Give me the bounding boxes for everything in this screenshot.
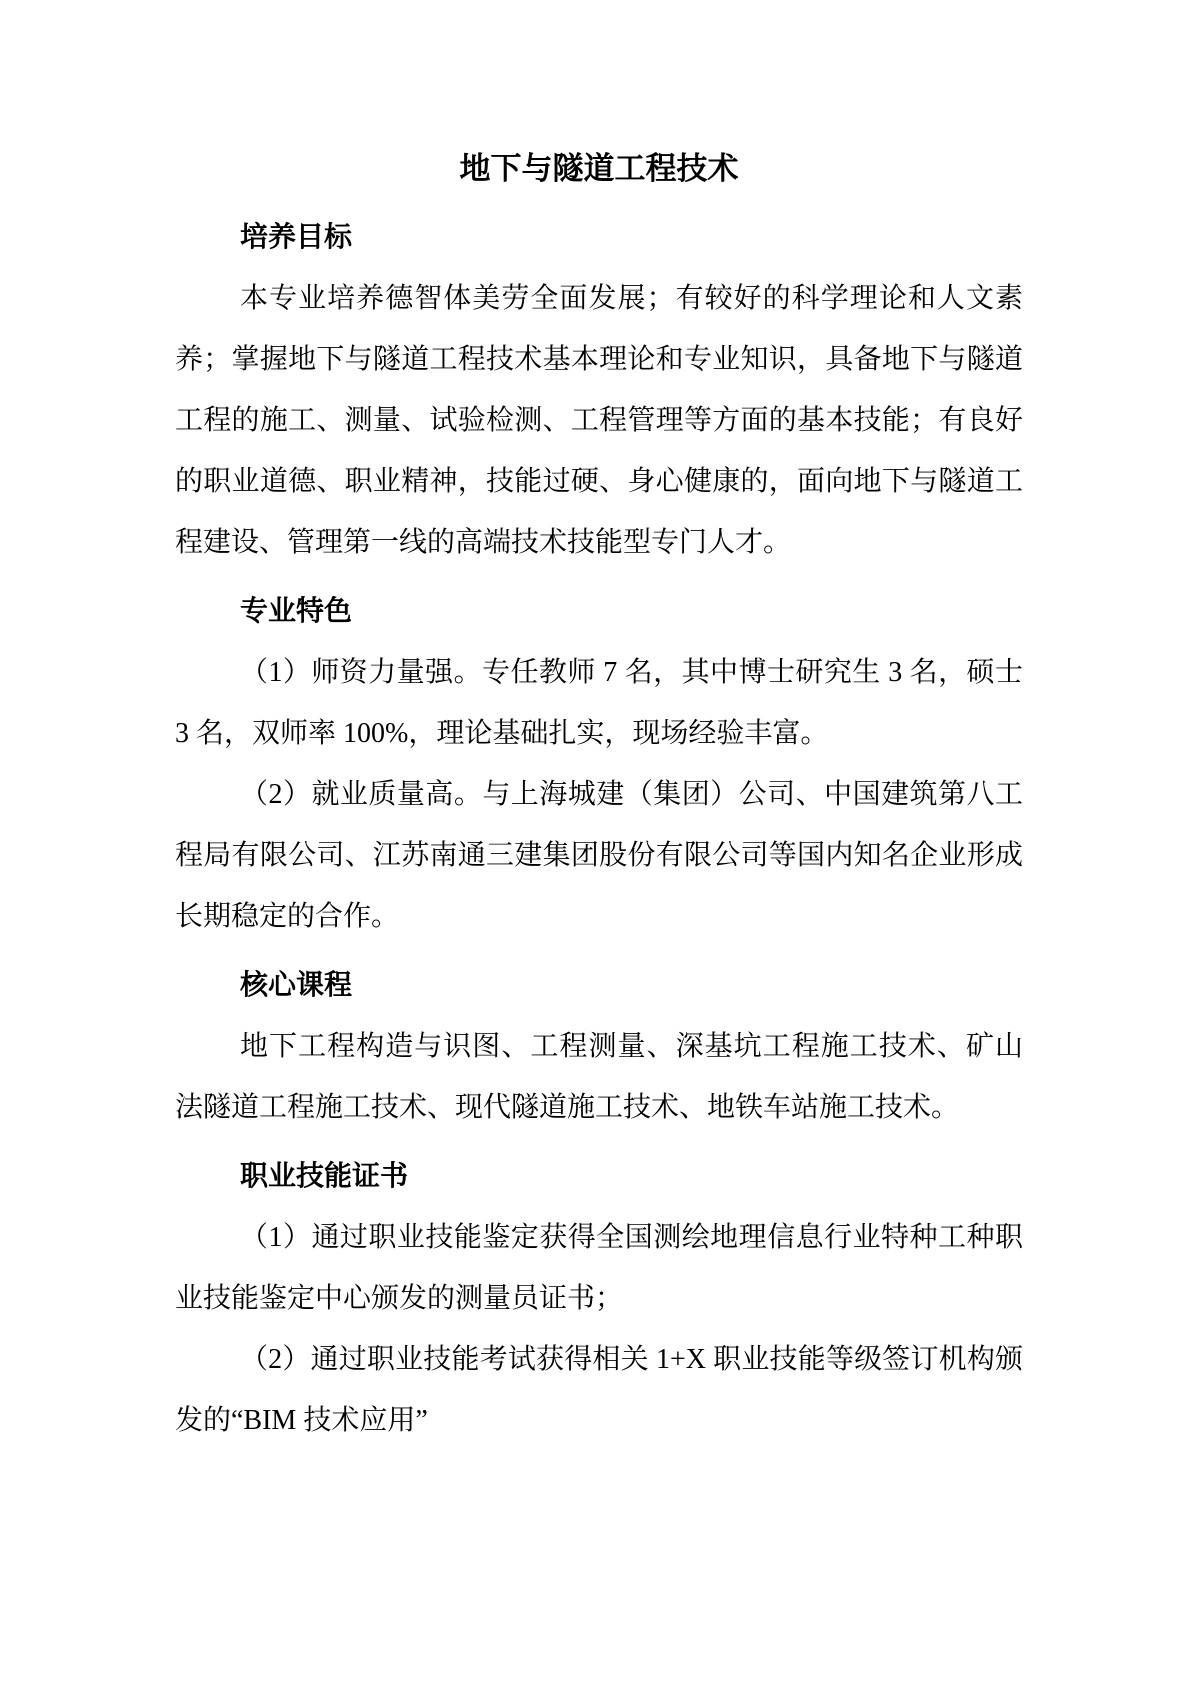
heading-vocational-certificates: 职业技能证书 <box>175 1146 1023 1207</box>
paragraph-employment-quality: （2）就业质量高。与上海城建（集团）公司、中国建筑第八工程局有限公司、江苏南通三… <box>175 764 1023 947</box>
paragraph-core-courses: 地下工程构造与识图、工程测量、深基坑工程施工技术、矿山法隧道工程施工技术、现代隧… <box>175 1016 1023 1138</box>
paragraph-surveyor-certificate: （1）通过职业技能鉴定获得全国测绘地理信息行业特种工种职业技能鉴定中心颁发的测量… <box>175 1207 1023 1329</box>
paragraph-training-objectives: 本专业培养德智体美劳全面发展；有较好的科学理论和人文素养；掌握地下与隧道工程技术… <box>175 268 1023 573</box>
section-program-features: 专业特色 （1）师资力量强。专任教师 7 名，其中博士研究生 3 名，硕士 3 … <box>175 581 1023 947</box>
document-page: 地下与隧道工程技术 培养目标 本专业培养德智体美劳全面发展；有较好的科学理论和人… <box>0 0 1191 1684</box>
section-core-courses: 核心课程 地下工程构造与识图、工程测量、深基坑工程施工技术、矿山法隧道工程施工技… <box>175 955 1023 1138</box>
document-title: 地下与隧道工程技术 <box>175 138 1023 199</box>
paragraph-faculty-strength: （1）师资力量强。专任教师 7 名，其中博士研究生 3 名，硕士 3 名，双师率… <box>175 642 1023 764</box>
heading-training-objectives: 培养目标 <box>175 207 1023 268</box>
paragraph-bim-certificate: （2）通过职业技能考试获得相关 1+X 职业技能等级签订机构颁发的“BIM 技术… <box>175 1329 1023 1451</box>
heading-program-features: 专业特色 <box>175 581 1023 642</box>
heading-core-courses: 核心课程 <box>175 955 1023 1016</box>
section-vocational-certificates: 职业技能证书 （1）通过职业技能鉴定获得全国测绘地理信息行业特种工种职业技能鉴定… <box>175 1146 1023 1451</box>
section-training-objectives: 培养目标 本专业培养德智体美劳全面发展；有较好的科学理论和人文素养；掌握地下与隧… <box>175 207 1023 573</box>
